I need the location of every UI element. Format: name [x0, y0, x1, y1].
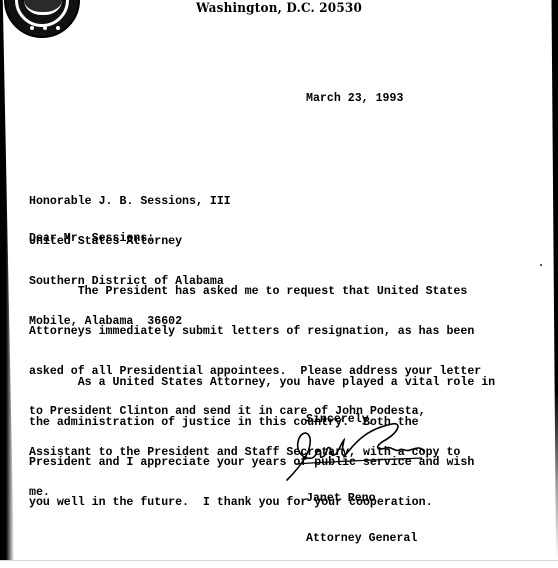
signer-name: Janet Reno: [306, 492, 417, 505]
signer-block: Janet Reno Attorney General: [306, 465, 417, 568]
salutation: Dear Mr. Sessions:: [29, 232, 154, 245]
recipient-line: Honorable J. B. Sessions, III: [29, 195, 231, 208]
scan-edge-left: [0, 0, 14, 560]
scan-speck: [540, 264, 542, 266]
paragraph-line: The President has asked me to request th…: [29, 285, 481, 298]
letter-page: Washington, D.C. 20530 March 23, 1993 Ho…: [0, 0, 558, 561]
paragraph-line: As a United States Attorney, you have pl…: [29, 376, 495, 389]
scan-edge-right: [548, 0, 558, 560]
paragraph-line: Attorneys immediately submit letters of …: [29, 325, 481, 338]
signer-title: Attorney General: [306, 532, 417, 545]
letter-date: March 23, 1993: [306, 92, 403, 105]
paragraph-line: you well in the future. I thank you for …: [29, 496, 495, 509]
letterhead-city: Washington, D.C. 20530: [0, 1, 558, 16]
